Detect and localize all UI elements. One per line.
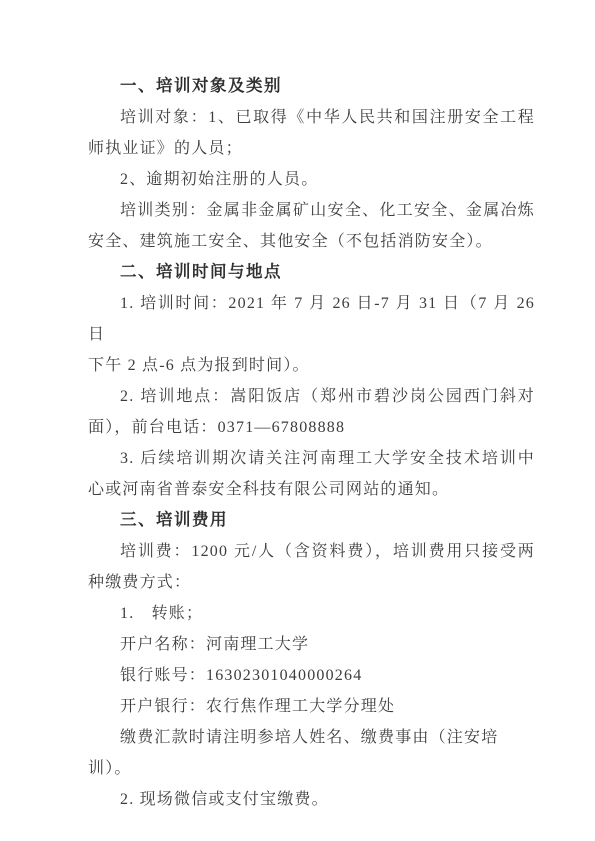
text-line: 师执业证》的人员； [88,133,535,164]
text-line: 面），前台电话：0371—67808888 [88,412,535,443]
text-line: 下午 2 点-6 点为报到时间）。 [88,350,535,381]
text-line: 2. 现场微信或支付宝缴费。 [88,784,535,815]
section-heading: 二、培训时间与地点 [88,257,535,288]
text-line: 2、逾期初始注册的人员。 [88,164,535,195]
text-line: 开户银行：农行焦作理工大学分理处 [88,691,535,722]
text-line: 安全、建筑施工安全、其他安全（不包括消防安全）。 [88,226,535,257]
text-line: 2. 培训地点：嵩阳饭店（郑州市碧沙岗公园西门斜对 [88,381,535,412]
document-page: 一、培训对象及类别培训对象：1、已取得《中华人民共和国注册安全工程师执业证》的人… [0,0,595,841]
text-line: 培训对象：1、已取得《中华人民共和国注册安全工程 [88,102,535,133]
text-line: 培训费：1200 元/人（含资料费），培训费用只接受两 [88,536,535,567]
text-line: 1. 转账； [88,598,535,629]
text-line: 种缴费方式： [88,567,535,598]
text-line: 3. 后续培训期次请关注河南理工大学安全技术培训中 [88,443,535,474]
document-body: 一、培训对象及类别培训对象：1、已取得《中华人民共和国注册安全工程师执业证》的人… [88,71,535,815]
text-line: 心或河南省普泰安全科技有限公司网站的通知。 [88,474,535,505]
text-line: 银行账号：16302301040000264 [88,660,535,691]
text-line: 缴费汇款时请注明参培人姓名、缴费事由（注安培训）。 [88,722,535,784]
section-heading: 三、培训费用 [88,505,535,536]
text-line: 开户名称：河南理工大学 [88,629,535,660]
text-line: 培训类别：金属非金属矿山安全、化工安全、金属冶炼 [88,195,535,226]
text-line: 1. 培训时间：2021 年 7 月 26 日-7 月 31 日（7 月 26 … [88,288,535,350]
section-heading: 一、培训对象及类别 [88,71,535,102]
